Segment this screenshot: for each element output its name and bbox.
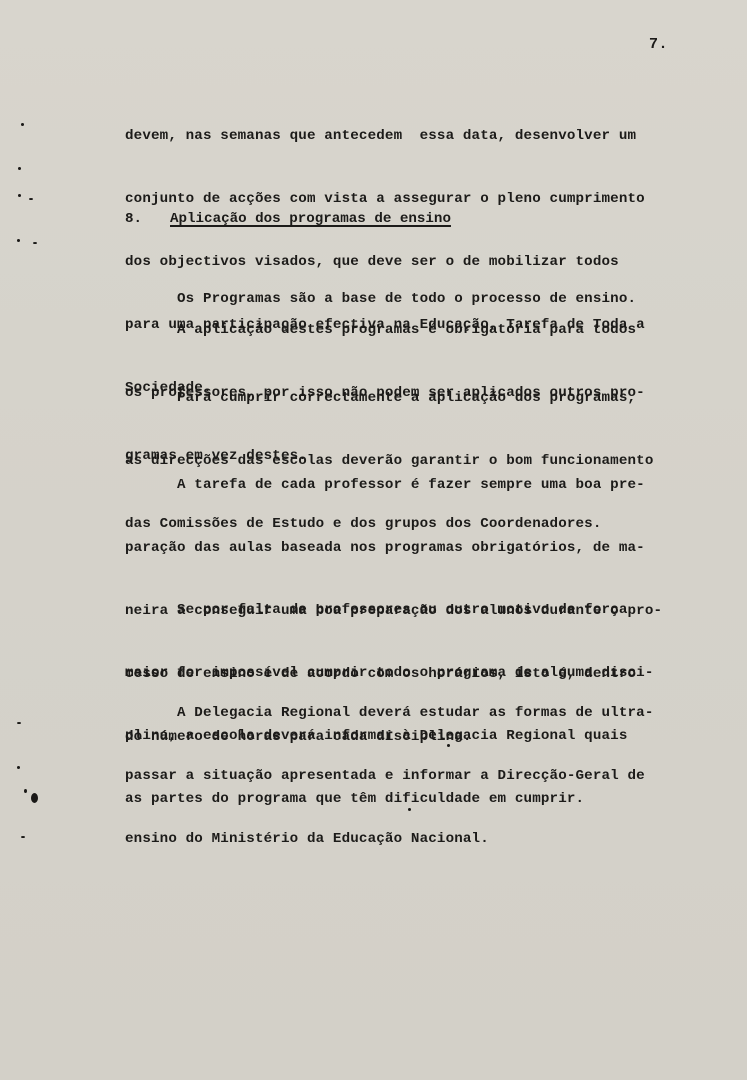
scan-speck [17, 239, 20, 242]
scan-speck [447, 744, 450, 747]
scan-speck [18, 167, 21, 170]
scan-speck [29, 198, 33, 200]
scan-speck [33, 242, 37, 244]
section-title: Aplicação dos programas de ensino [170, 211, 451, 227]
text-line: A Delegacia Regional deverá estudar as f… [125, 703, 654, 724]
scan-speck [31, 793, 38, 803]
text-line: A tarefa de cada professor é fazer sempr… [125, 475, 662, 496]
text-line: devem, nas semanas que antecedem essa da… [125, 126, 645, 147]
scan-speck [21, 836, 25, 838]
text-line: ensino do Ministério da Educação Naciona… [125, 829, 654, 850]
paragraph: A Delegacia Regional deverá estudar as f… [125, 661, 654, 892]
scan-speck [17, 766, 20, 769]
scan-speck [18, 194, 21, 197]
text-line: A aplicação destes programas é obrigatór… [125, 320, 645, 341]
scan-speck [24, 789, 27, 793]
text-line: paração das aulas baseada nos programas … [125, 538, 662, 559]
page-number: 7. [649, 36, 668, 53]
text-line: Para cumprir correctamente a aplicação d… [125, 388, 654, 409]
text-line: passar a situação apresentada e informar… [125, 766, 654, 787]
section-number: 8. [125, 211, 142, 227]
document-page: 7. devem, nas semanas que antecedem essa… [0, 0, 747, 1080]
scan-speck [408, 808, 411, 811]
scan-speck [17, 722, 21, 724]
scan-speck [21, 123, 24, 126]
text-line: conjunto de acções com vista a assegurar… [125, 189, 645, 210]
text-line: Se por falta de professores ou outro mot… [125, 600, 654, 621]
